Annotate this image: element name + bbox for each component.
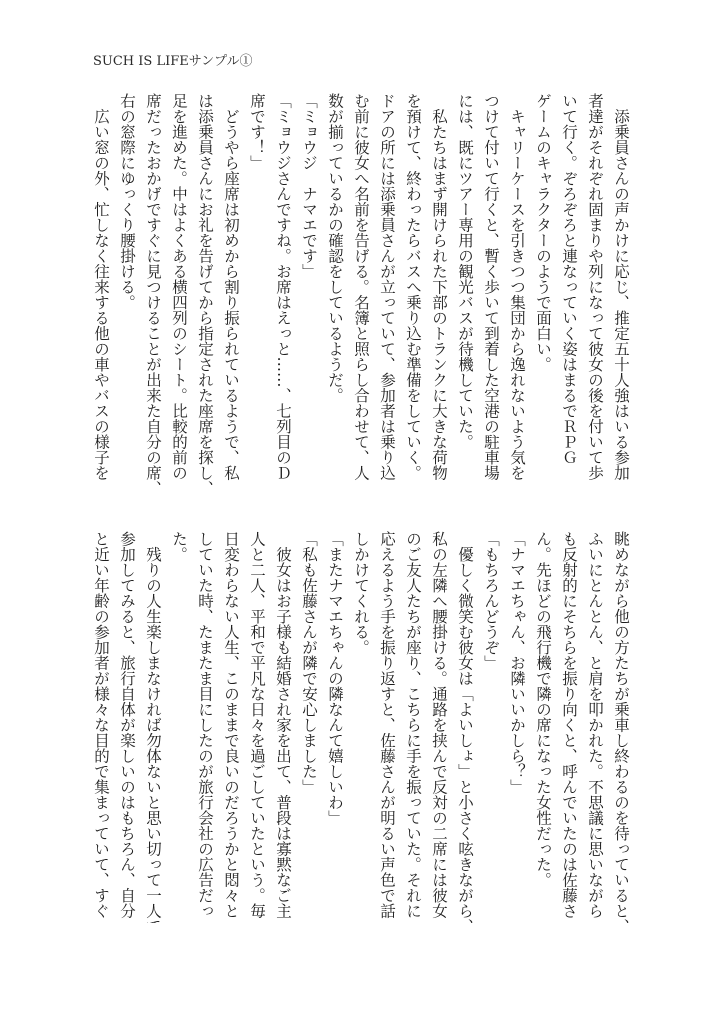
text-column: た。 (166, 531, 192, 923)
text-column: 「ミョウジさんですね。お席はえっと……、七列目のＤ (270, 93, 296, 485)
text-column: 彼女はお子様も結婚され家を出て、普段は寡黙なご主 (270, 531, 296, 923)
text-column: 広い窓の外、忙しなく往来する他の車やバスの様子を (88, 93, 114, 485)
text-block-bottom: 眺めながら他の方たちが乗車し終わるのを待っていると、 ふいにとんとん、と肩を叩か… (88, 531, 634, 923)
text-column: 者達がそれぞれ固まりや列になって彼女の後を付いて歩 (582, 93, 608, 485)
text-column: 参加してみると、旅行自体が楽しいのはもちろん、自分 (114, 531, 140, 923)
text-column: 数が揃っているかの確認をしているようだ。 (322, 93, 348, 485)
text-block-top: 添乗員さんの声かけに応じ、推定五十人強はいる参加 者達がそれぞれ固まりや列になっ… (88, 93, 634, 485)
text-column: 「もちろんどうぞ」 (478, 531, 504, 923)
text-column: 日変わらない人生、このままで良いのだろうかと悶々と (218, 531, 244, 923)
text-column: 眺めながら他の方たちが乗車し終わるのを待っていると、 (608, 531, 634, 923)
text-column: と近い年齢の参加者が様々な目的で集まっていて、すぐ (88, 531, 114, 923)
text-column: ゲームのキャラクターのようで面白い。 (530, 93, 556, 485)
page-header-title: SUCH IS LIFEサンプル① (93, 54, 253, 70)
text-column: 「またナマエちゃんの隣なんて嬉しいわ」 (322, 531, 348, 923)
text-column: しかけてくれる。 (348, 531, 374, 923)
text-column: 「私も佐藤さんが隣で安心しました」 (296, 531, 322, 923)
text-column: 応えるよう手を振り返すと、佐藤さんが明るい声色で話 (374, 531, 400, 923)
text-column: ん。先ほどの飛行機で隣の席になった女性だった。 (530, 531, 556, 923)
text-column: 足を進めた。中はよくある横四列のシート。比較的前の (166, 93, 192, 485)
text-column: には、既にツアー専用の観光バスが待機していた。 (452, 93, 478, 485)
text-column: ふいにとんとん、と肩を叩かれた。不思議に思いながら (582, 531, 608, 923)
text-column: 残りの人生楽しまなければ勿体ないと思い切って一人で (140, 531, 166, 923)
text-column: 「ナマエちゃん、お隣いいかしら？」 (504, 531, 530, 923)
text-column: も反射的にそちらを振り向くと、呼んでいたのは佐藤さ (556, 531, 582, 923)
text-column: 添乗員さんの声かけに応じ、推定五十人強はいる参加 (608, 93, 634, 485)
text-column: 人と二人、平和で平凡な日々を過ごしていたという。毎 (244, 531, 270, 923)
text-column: 「ミョウジ ナマエです」 (296, 93, 322, 485)
text-column: 席だったおかげですぐに見つけることが出来た自分の席、 (140, 93, 166, 485)
text-column: ドアの所には添乗員さんが立っていて、参加者は乗り込 (374, 93, 400, 485)
text-column: は添乗員さんにお礼を告げてから指定された座席を探し、 (192, 93, 218, 485)
text-column: いて行く。ぞろぞろと連なっていく姿はまるでＲＰＧ (556, 93, 582, 485)
text-column: む前に彼女へ名前を告げる。名簿と照らし合わせて、人 (348, 93, 374, 485)
text-column: 私の左隣へ腰掛ける。通路を挟んで反対の二席には彼女 (426, 531, 452, 923)
text-column: 右の窓際にゆっくり腰掛ける。 (114, 93, 140, 485)
text-column: キャリーケースを引きつつ集団から逸れないよう気を (504, 93, 530, 485)
text-column: していた時、たまたま目にしたのが旅行会社の広告だっ (192, 531, 218, 923)
text-column: 私たちはまず開けられた下部のトランクに大きな荷物 (426, 93, 452, 485)
text-column: つけて付いて行くと、暫く歩いて到着した空港の駐車場 (478, 93, 504, 485)
text-column: のご友人たちが座り、こちらに手を振っていた。それに (400, 531, 426, 923)
text-column: 席です！」 (244, 93, 270, 485)
text-column: を預けて、終わったらバスへ乗り込む準備をしていく。 (400, 93, 426, 485)
text-column: どうやら座席は初めから割り振られているようで、私 (218, 93, 244, 485)
text-column: 優しく微笑む彼女は「よいしょ」と小さく呟きながら、 (452, 531, 478, 923)
